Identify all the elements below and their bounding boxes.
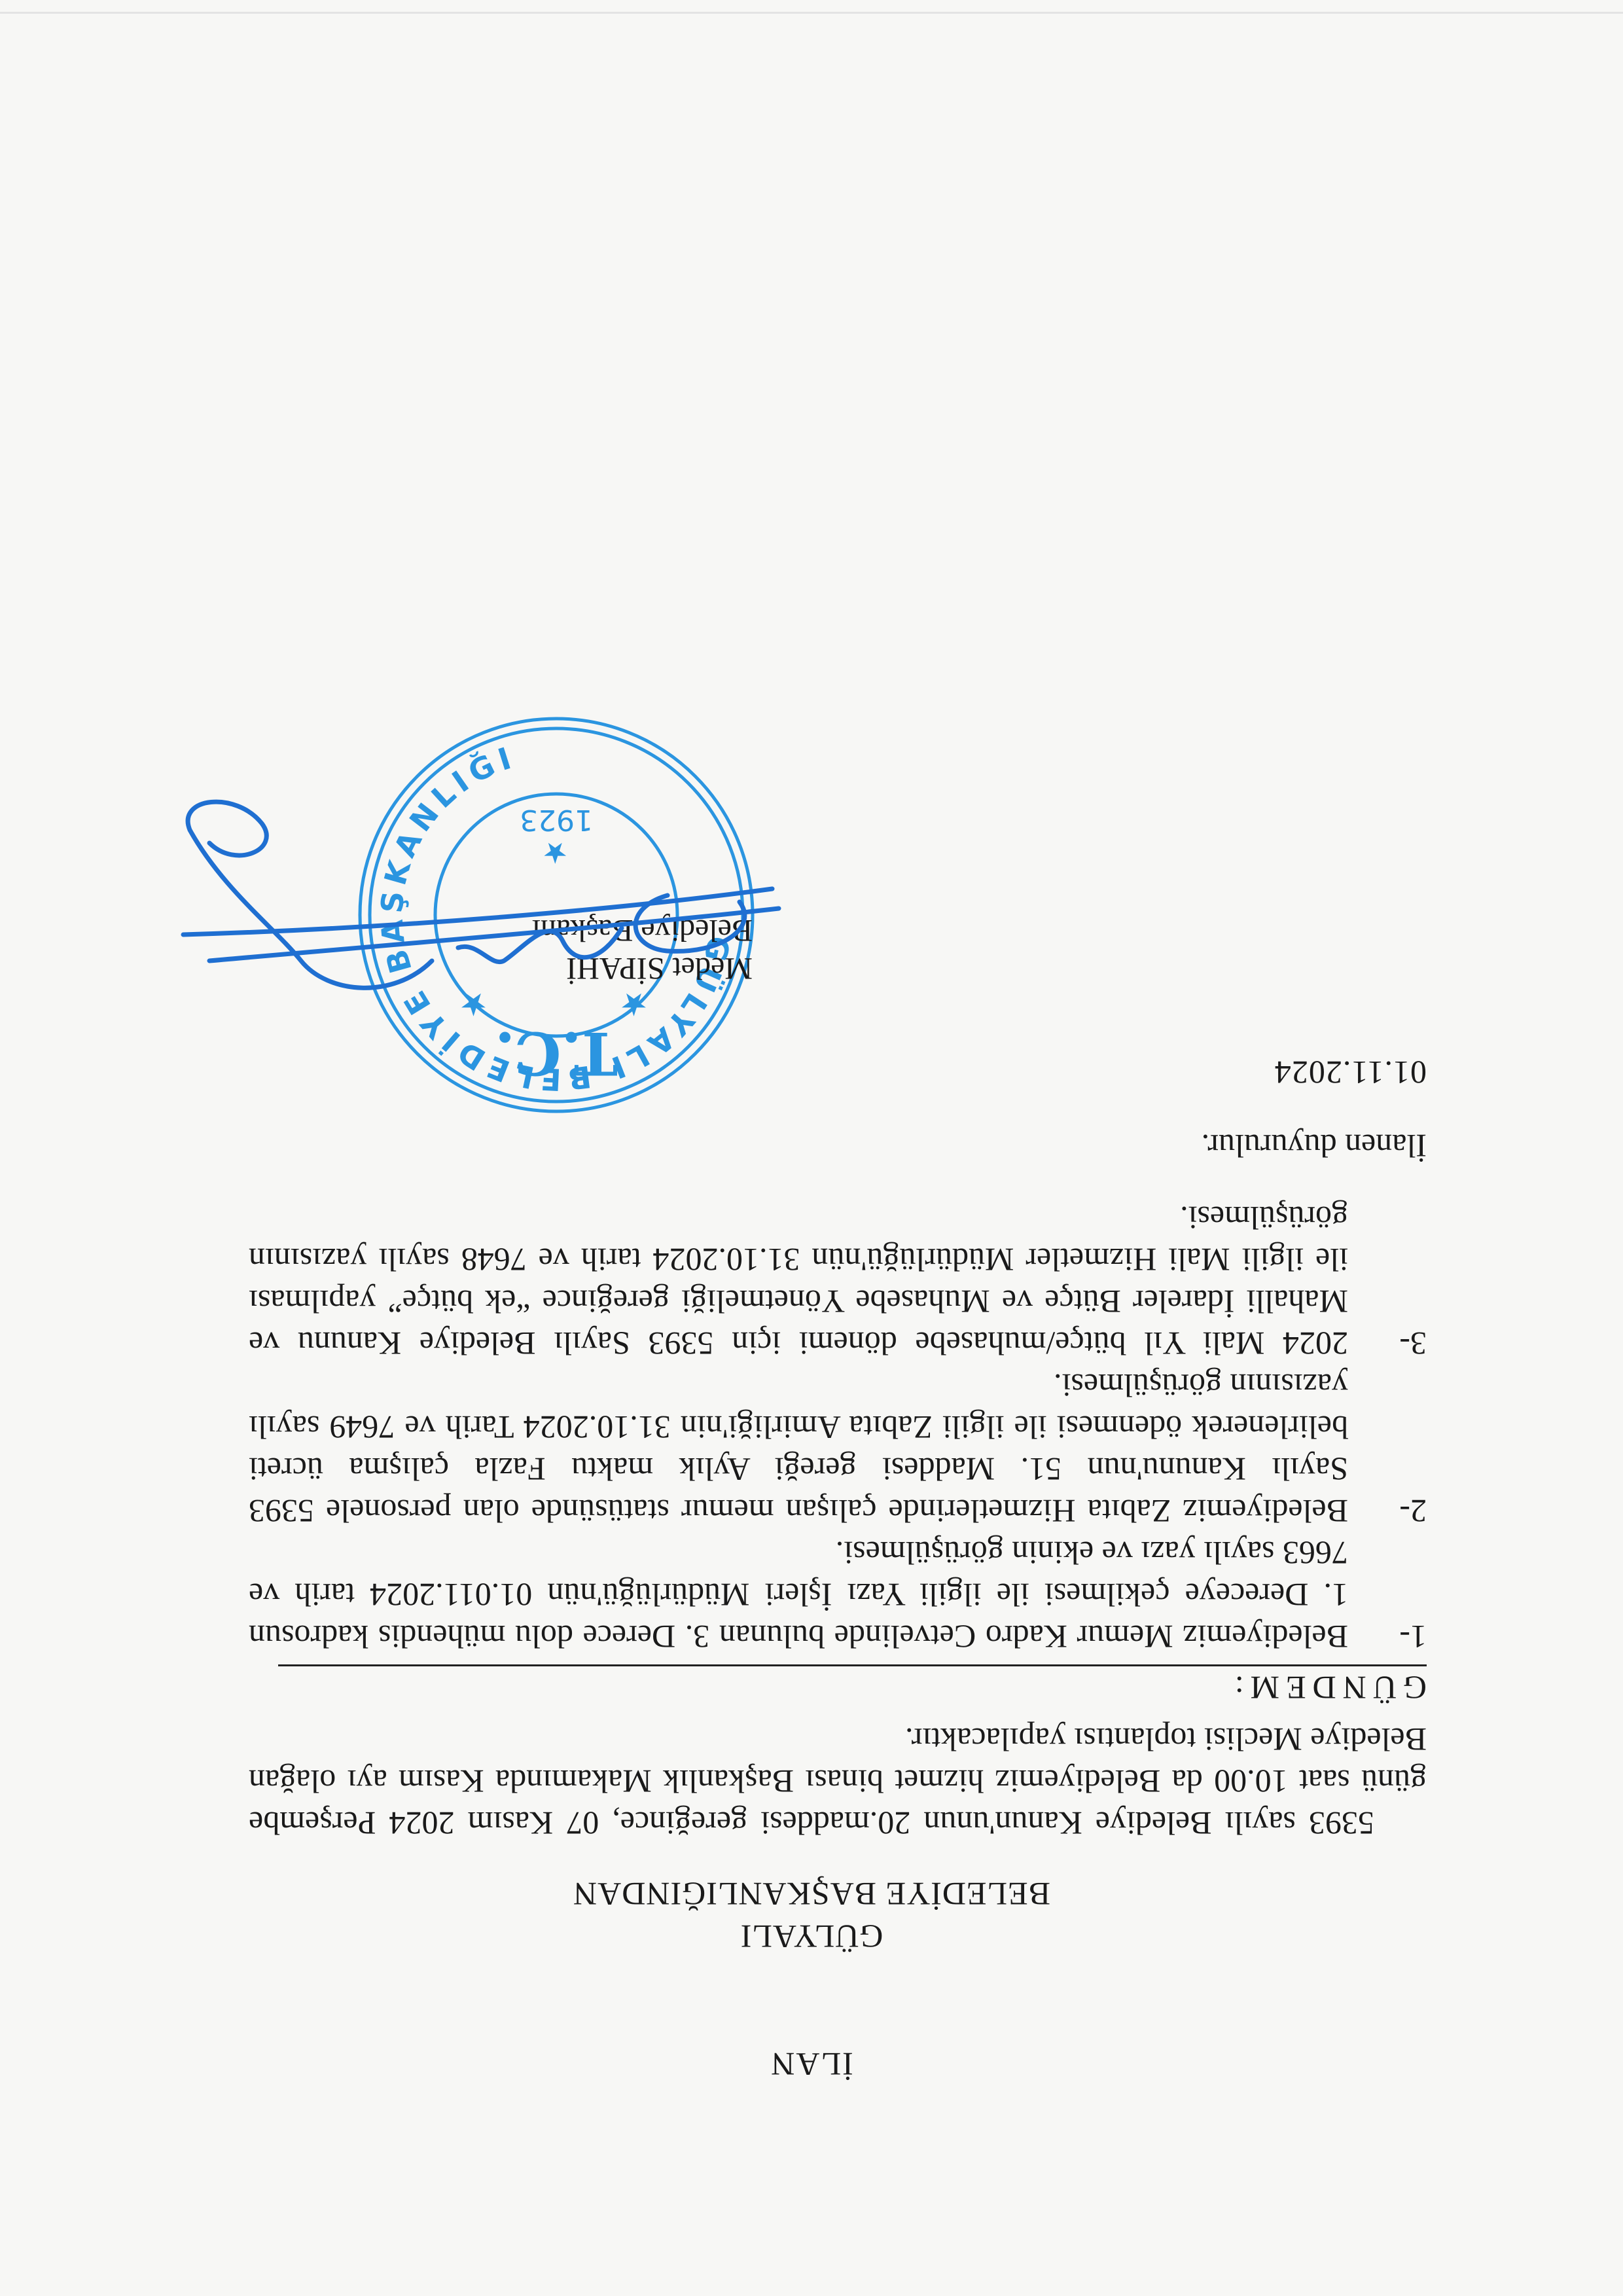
agenda-heading: GÜNDEM:	[1228, 1669, 1427, 1707]
agenda-item-text: Belediyemiz Memur Kadro Cetvelinde bulun…	[249, 1532, 1348, 1658]
org-department: BELEDİYE BAŞKANLIĞINDAN	[0, 1875, 1623, 1913]
document-date: 01.11.2024	[1274, 1054, 1427, 1092]
agenda-divider	[278, 1664, 1427, 1666]
agenda-item: 3- 2024 Mali Yıl bütçe/muhasebe dönemi i…	[249, 1197, 1427, 1365]
handwritten-signature-icon	[170, 764, 798, 1039]
agenda-item-number: 3-	[1348, 1197, 1427, 1365]
agenda-item: 2- Belediyemiz Zabıta Hizmetlerinde çalı…	[249, 1365, 1427, 1532]
intro-paragraph: 5393 sayılı Belediye Kanun'unun 20.madde…	[249, 1719, 1427, 1844]
scanned-page: İLAN GÜLYALI BELEDİYE BAŞKANLIĞINDAN 539…	[0, 0, 1623, 2296]
agenda-list: 1- Belediyemiz Memur Kadro Cetvelinde bu…	[249, 1197, 1427, 1658]
agenda-item-number: 1-	[1348, 1532, 1427, 1658]
agenda-item-text: 2024 Mali Yıl bütçe/muhasebe dönemi için…	[249, 1197, 1348, 1365]
agenda-item: 1- Belediyemiz Memur Kadro Cetvelinde bu…	[249, 1532, 1427, 1658]
agenda-item-number: 2-	[1348, 1365, 1427, 1532]
closing-text: İlanen duyurulur.	[1202, 1127, 1427, 1165]
page-title: İLAN	[0, 2045, 1623, 2083]
org-name: GÜLYALI	[0, 1918, 1623, 1956]
agenda-item-text: Belediyemiz Zabıta Hizmetlerinde çalışan…	[249, 1365, 1348, 1532]
